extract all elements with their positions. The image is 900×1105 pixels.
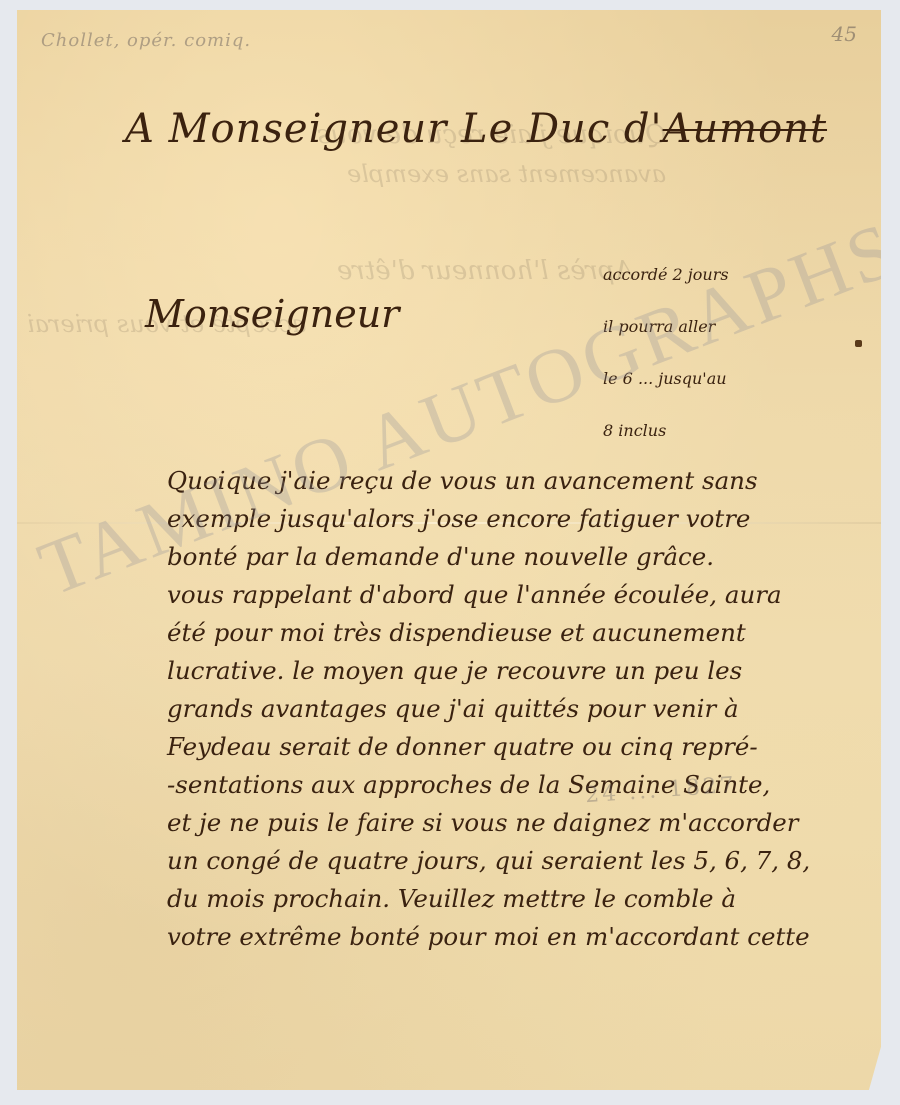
body-line: -sentations aux approches de la Semaine … [167, 766, 879, 804]
folio-number: 45 [832, 22, 857, 46]
address-struck-name: Aumont [663, 106, 828, 152]
bleed-through-text: avancement sans exemple [347, 160, 666, 188]
body-line: lucrative. le moyen que je recouvre un p… [167, 652, 879, 690]
body-line: été pour moi très dispendieuse et aucune… [167, 614, 879, 652]
pencil-annotation: Chollet, opér. comiq. [41, 30, 251, 51]
body-line: votre extrême bonté pour moi en m'accord… [167, 918, 879, 956]
margin-note-line: 8 inclus [603, 418, 729, 444]
ink-blot [855, 340, 862, 347]
body-line: Feydeau serait de donner quatre ou cinq … [167, 728, 879, 766]
body-line: exemple jusqu'alors j'ose encore fatigue… [167, 500, 879, 538]
body-line: Quoique j'aie reçu de vous un avancement… [167, 462, 879, 500]
letter-page: Quoique j'aie reçu de vous avancement sa… [17, 10, 881, 1090]
margin-note: accordé 2 jours il pourra aller le 6 ...… [603, 236, 729, 470]
address-line: A Monseigneur Le Duc d'Aumont [125, 106, 827, 152]
margin-note-line: il pourra aller [603, 314, 729, 340]
body-line: et je ne puis le faire si vous ne daigne… [167, 804, 879, 842]
bleed-through-text: Après l'honneur d'être [337, 256, 633, 286]
body-line: vous rappelant d'abord que l'année écoul… [167, 576, 879, 614]
margin-note-line: accordé 2 jours [603, 262, 729, 288]
address-prefix: A Monseigneur Le Duc d' [125, 106, 663, 152]
body-line: bonté par la demande d'une nouvelle grâc… [167, 538, 879, 576]
body-line: du mois prochain. Veuillez mettre le com… [167, 880, 879, 918]
salutation: Monseigneur [145, 292, 399, 336]
margin-note-line: le 6 ... jusqu'au [603, 366, 729, 392]
body-line: grands avantages que j'ai quittés pour v… [167, 690, 879, 728]
letter-body: Quoique j'aie reçu de vous un avancement… [167, 462, 879, 956]
body-line: un congé de quatre jours, qui seraient l… [167, 842, 879, 880]
